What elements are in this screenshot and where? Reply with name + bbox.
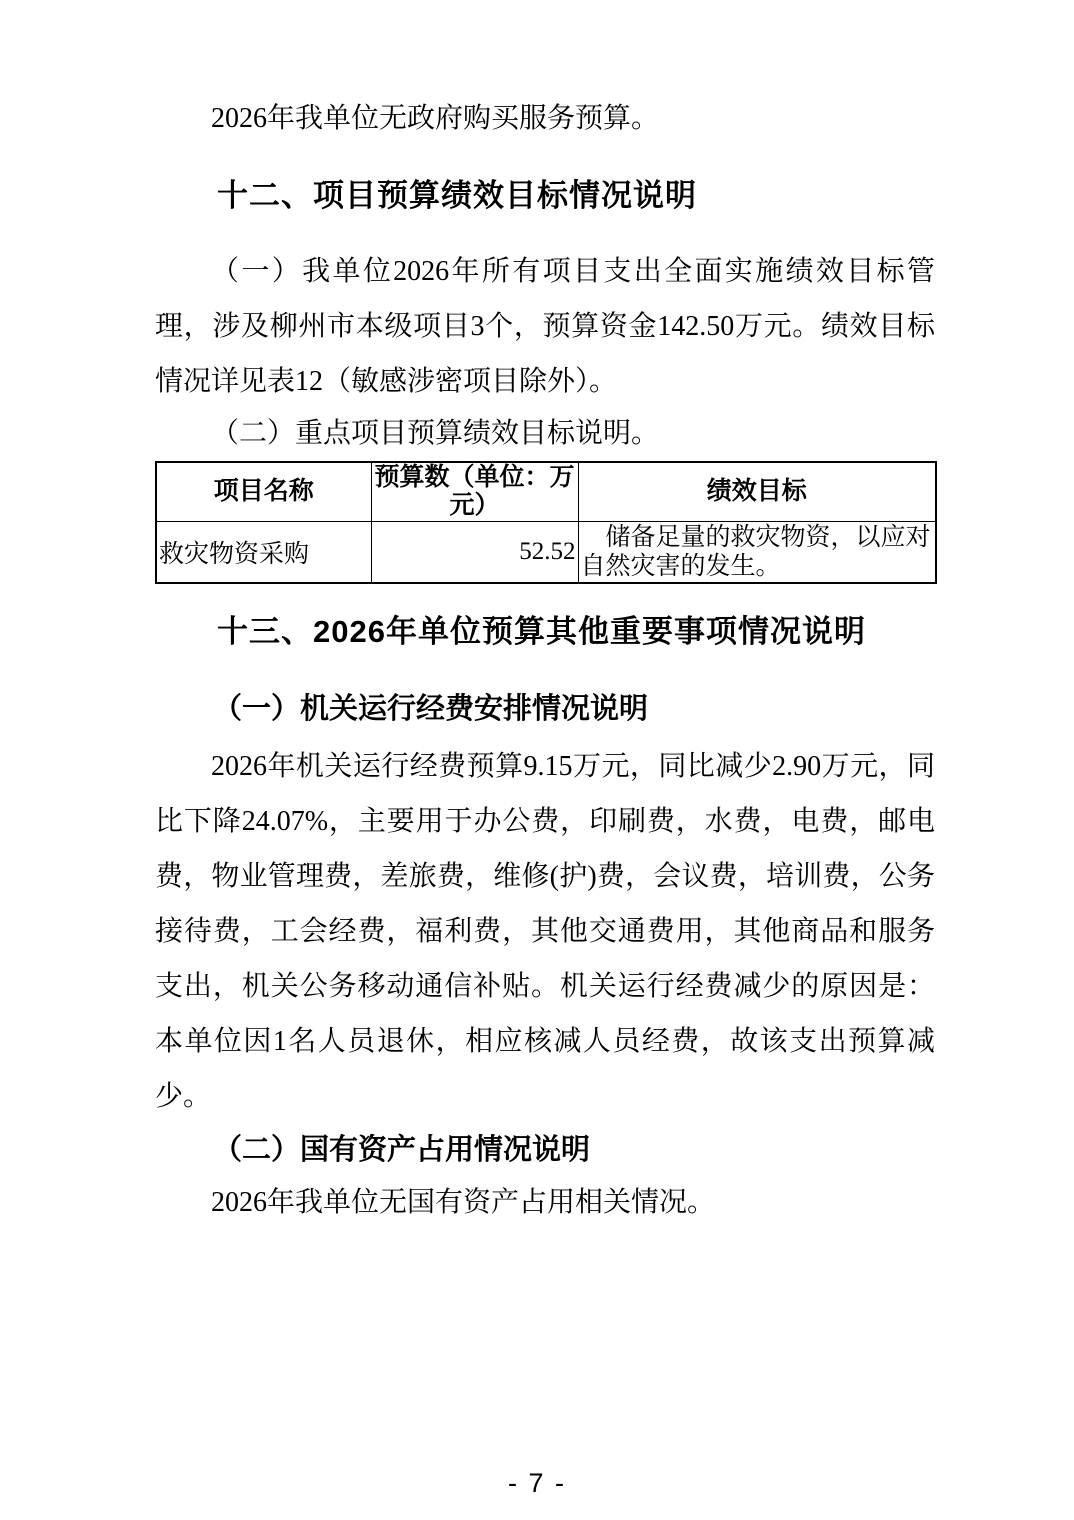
section-13-sub-1-heading: （一）机关运行经费安排情况说明 xyxy=(155,689,935,729)
section-12-heading: 十二、项目预算绩效目标情况说明 xyxy=(155,176,935,216)
section-12-paragraph-1: （一）我单位2026年所有项目支出全面实施绩效目标管理，涉及柳州市本级项目3个，… xyxy=(155,244,935,409)
budget-amount-cell: 52.52 xyxy=(371,522,578,584)
performance-target-cell: 储备足量的救灾物资，以应对自然灾害的发生。 xyxy=(578,522,936,584)
section-13-heading: 十三、2026年单位预算其他重要事项情况说明 xyxy=(155,612,935,652)
page-number: - 7 - xyxy=(0,1468,1074,1499)
performance-target-table: 项目名称 预算数（单位：万元） 绩效目标 救灾物资采购 52.52 储备足量的救… xyxy=(155,461,937,584)
table-header-budget: 预算数（单位：万元） xyxy=(371,462,578,522)
document-content: 2026年我单位无政府购买服务预算。 十二、项目预算绩效目标情况说明 （一）我单… xyxy=(155,0,935,1228)
intro-paragraph: 2026年我单位无政府购买服务预算。 xyxy=(155,91,935,146)
section-12-paragraph-2: （二）重点项目预算绩效目标说明。 xyxy=(155,409,935,459)
section-13-sub-2-heading: （二）国有资产占用情况说明 xyxy=(155,1130,935,1170)
table-header-project-name: 项目名称 xyxy=(156,462,371,522)
table-header-row: 项目名称 预算数（单位：万元） 绩效目标 xyxy=(156,462,936,522)
section-13-sub-1-paragraph: 2026年机关运行经费预算9.15万元，同比减少2.90万元，同比下降24.07… xyxy=(155,739,935,1124)
table-row: 救灾物资采购 52.52 储备足量的救灾物资，以应对自然灾害的发生。 xyxy=(156,522,936,584)
section-13-sub-2-paragraph: 2026年我单位无国有资产占用相关情况。 xyxy=(155,1178,935,1228)
project-name-cell: 救灾物资采购 xyxy=(156,522,371,584)
table-header-performance-target: 绩效目标 xyxy=(578,462,936,522)
document-page: 2026年我单位无政府购买服务预算。 十二、项目预算绩效目标情况说明 （一）我单… xyxy=(0,0,1074,1520)
